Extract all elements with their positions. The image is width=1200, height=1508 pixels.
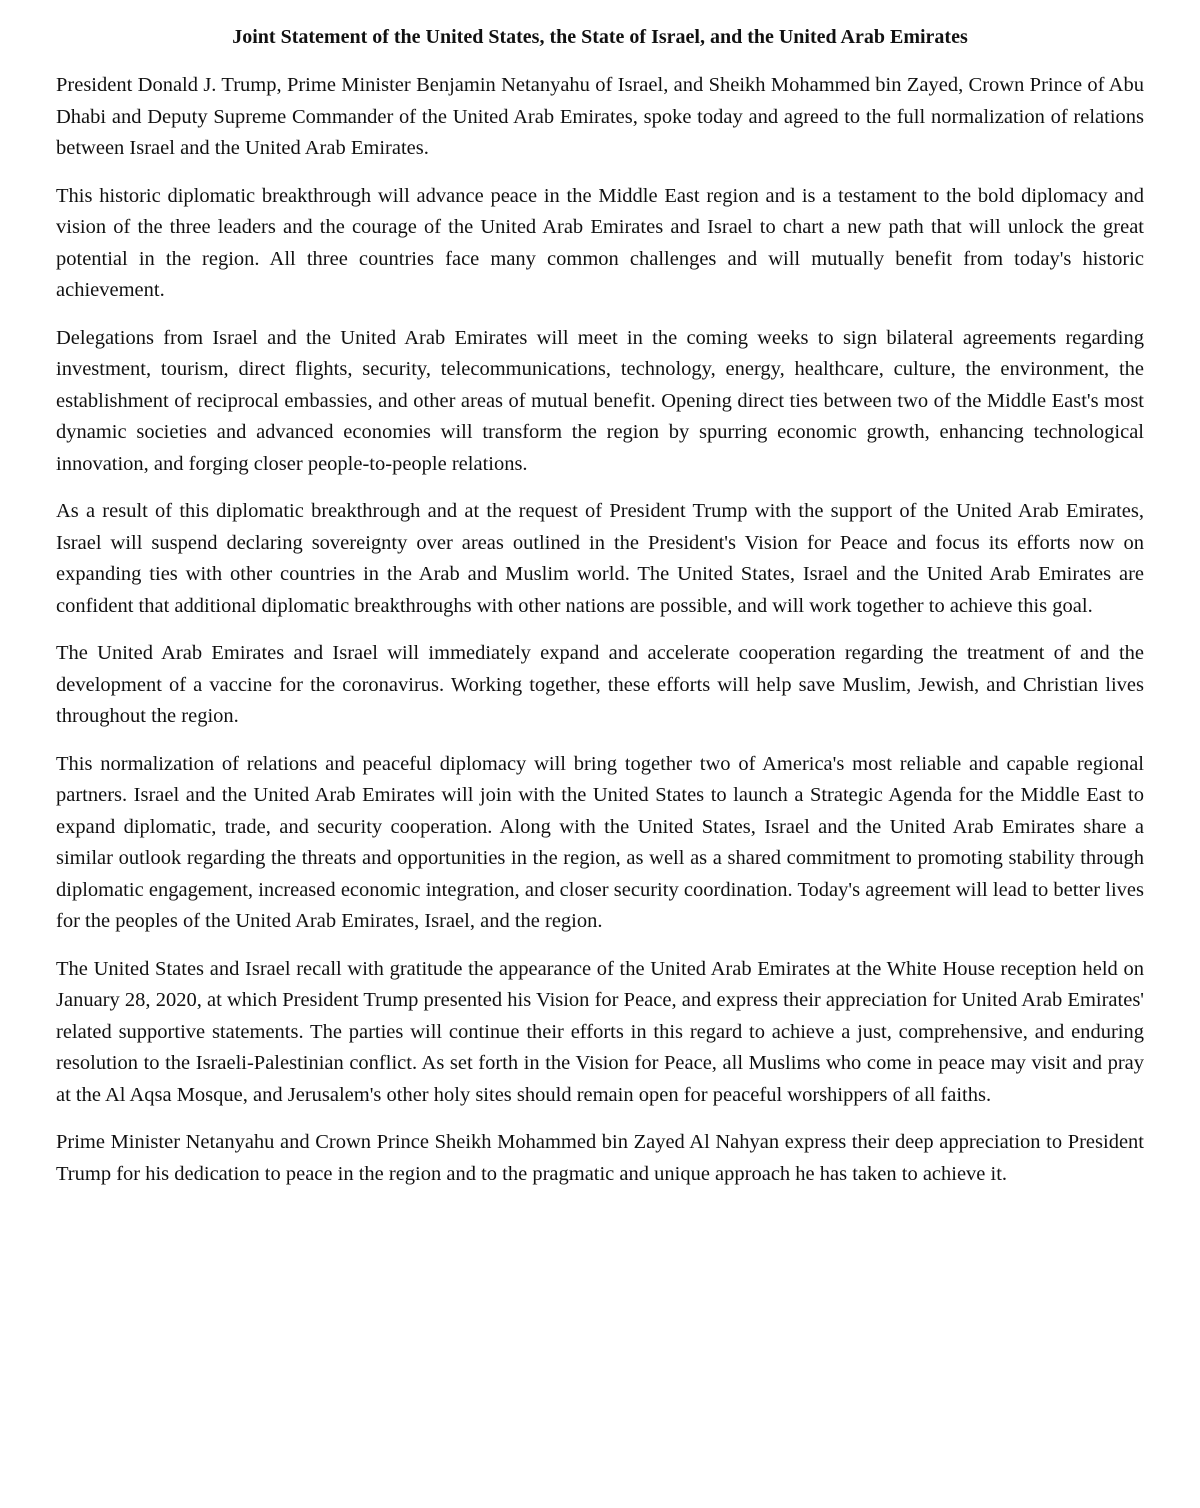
paragraph-4: As a result of this diplomatic breakthro… xyxy=(56,496,1144,622)
paragraph-6: This normalization of relations and peac… xyxy=(56,749,1144,938)
document-page: Joint Statement of the United States, th… xyxy=(56,22,1144,1206)
document-title: Joint Statement of the United States, th… xyxy=(56,22,1144,52)
paragraph-8: Prime Minister Netanyahu and Crown Princ… xyxy=(56,1127,1144,1190)
paragraph-5: The United Arab Emirates and Israel will… xyxy=(56,638,1144,733)
paragraph-7: The United States and Israel recall with… xyxy=(56,954,1144,1112)
paragraph-3: Delegations from Israel and the United A… xyxy=(56,323,1144,481)
paragraph-1: President Donald J. Trump, Prime Ministe… xyxy=(56,70,1144,165)
paragraph-2: This historic diplomatic breakthrough wi… xyxy=(56,181,1144,307)
